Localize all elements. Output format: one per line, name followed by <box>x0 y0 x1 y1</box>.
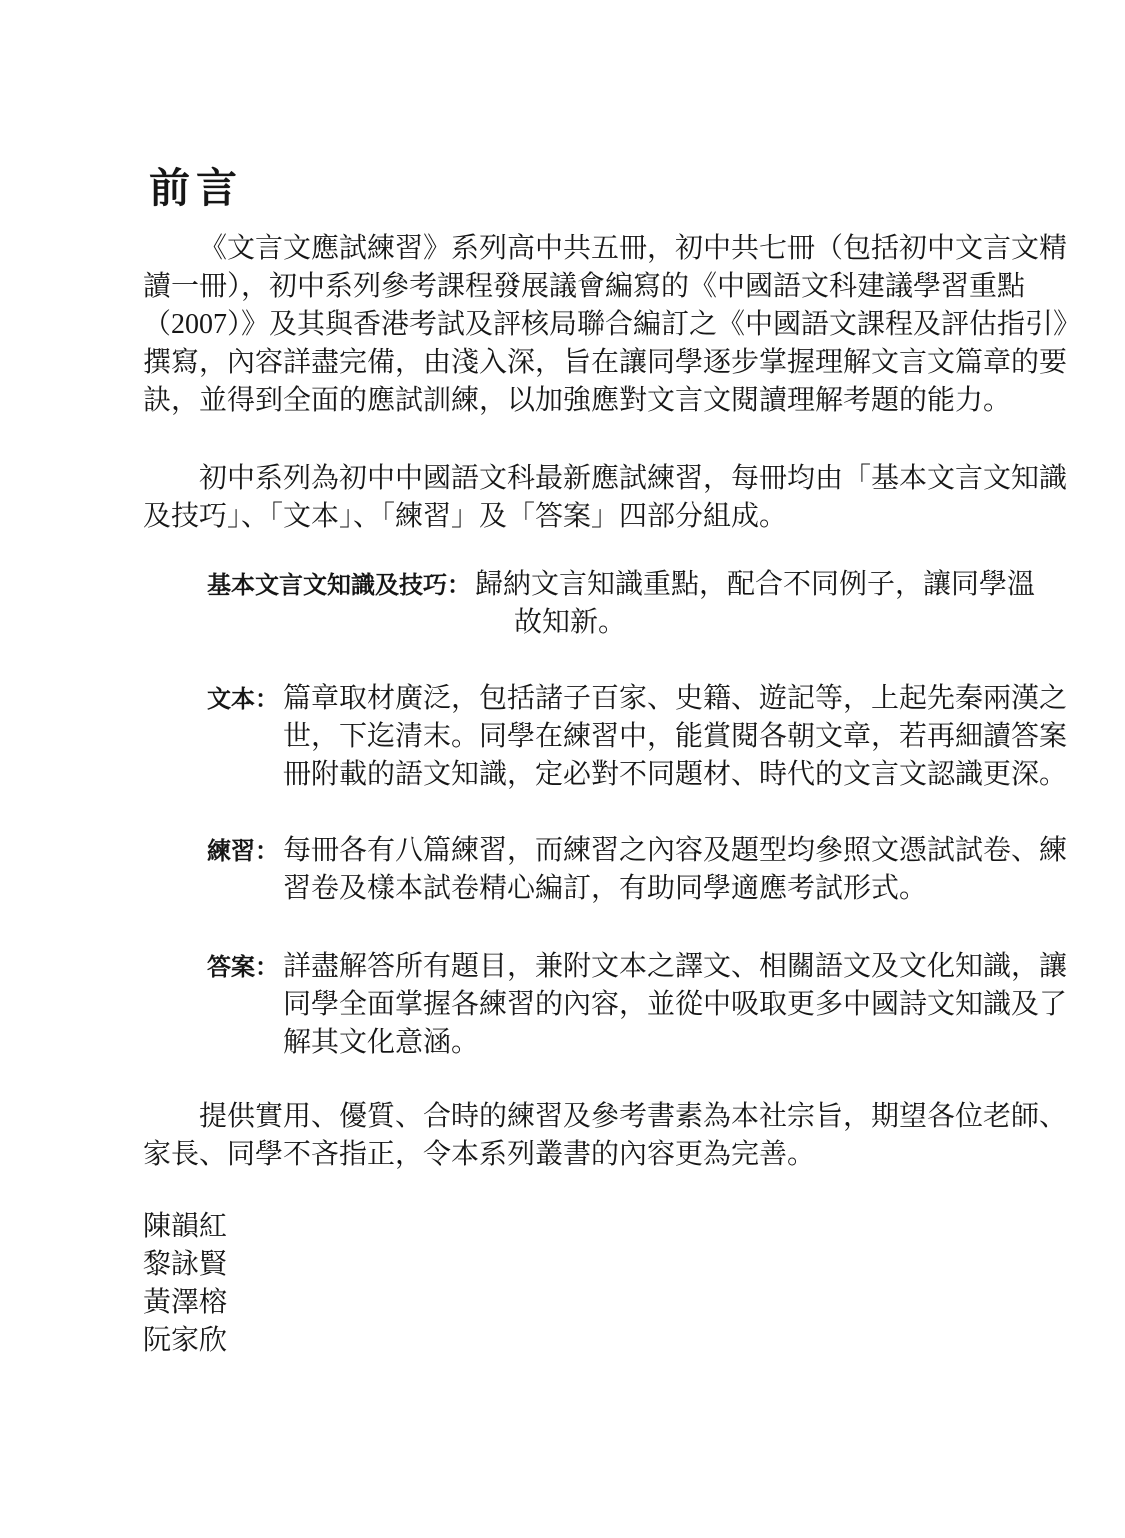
text-line: 詳盡解答所有題目，兼附文本之譯文、相關語文及文化知識，讓 <box>283 948 1067 986</box>
author-list: 陳韻紅 黎詠賢 黃澤榕 阮家欣 <box>143 1208 995 1360</box>
section-knowledge-body: 歸納文言知識重點，配合不同例子，讓同學溫 故知新。 <box>475 566 1035 642</box>
text-line: 讀一冊），初中系列參考課程發展議會編寫的《中國語文科建議學習重點 <box>143 268 995 306</box>
text-line: 《文言文應試練習》系列高中共五冊，初中共七冊（包括初中文言文精 <box>143 230 995 268</box>
text-line: 家長、同學不吝指正，令本系列叢書的內容更為完善。 <box>143 1136 995 1174</box>
section-answers-body: 詳盡解答所有題目，兼附文本之譯文、相關語文及文化知識，讓 同學全面掌握各練習的內… <box>283 948 1067 1062</box>
text-line: 每冊各有八篇練習，而練習之內容及題型均參照文憑試試卷、練 <box>283 832 1067 870</box>
intro-paragraph: 《文言文應試練習》系列高中共五冊，初中共七冊（包括初中文言文精 讀一冊），初中系… <box>143 230 995 420</box>
section-exercises-heading: 練習： <box>207 832 283 870</box>
text-line: 同學全面掌握各練習的內容，並從中吸取更多中國詩文知識及了 <box>283 986 1067 1024</box>
text-line: 習卷及樣本試卷精心編訂，有助同學適應考試形式。 <box>283 870 1067 908</box>
page-title: 前言 <box>149 160 995 216</box>
section-texts-body: 篇章取材廣泛，包括諸子百家、史籍、遊記等，上起先秦兩漢之 世，下迄清末。同學在練… <box>283 680 1067 794</box>
section-texts: 文本： 篇章取材廣泛，包括諸子百家、史籍、遊記等，上起先秦兩漢之 世，下迄清末。… <box>207 680 995 794</box>
author-name: 黎詠賢 <box>143 1246 995 1284</box>
author-name: 黃澤榕 <box>143 1284 995 1322</box>
section-exercises-body: 每冊各有八篇練習，而練習之內容及題型均參照文憑試試卷、練 習卷及樣本試卷精心編訂… <box>283 832 1067 908</box>
section-answers-heading: 答案： <box>207 948 283 986</box>
section-answers: 答案： 詳盡解答所有題目，兼附文本之譯文、相關語文及文化知識，讓 同學全面掌握各… <box>207 948 995 1062</box>
text-line: 訣，並得到全面的應試訓練，以加強應對文言文閱讀理解考題的能力。 <box>143 382 995 420</box>
text-line: 歸納文言知識重點，配合不同例子，讓同學溫 <box>475 566 1035 604</box>
author-name: 阮家欣 <box>143 1322 995 1360</box>
section-knowledge: 基本文言文知識及技巧： 歸納文言知識重點，配合不同例子，讓同學溫 故知新。 <box>207 566 995 642</box>
text-line: 冊附載的語文知識，定必對不同題材、時代的文言文認識更深。 <box>283 756 1067 794</box>
text-line: 撰寫，內容詳盡完備，由淺入深，旨在讓同學逐步掌握理解文言文篇章的要 <box>143 344 995 382</box>
text-line: 篇章取材廣泛，包括諸子百家、史籍、遊記等，上起先秦兩漢之 <box>283 680 1067 718</box>
text-line: 解其文化意涵。 <box>283 1024 1067 1062</box>
text-line: 提供實用、優質、合時的練習及參考書素為本社宗旨，期望各位老師、 <box>143 1098 995 1136</box>
section-texts-heading: 文本： <box>207 680 283 718</box>
author-name: 陳韻紅 <box>143 1208 995 1246</box>
section-knowledge-heading: 基本文言文知識及技巧： <box>207 566 475 604</box>
text-line: 世，下迄清末。同學在練習中，能賞閱各朝文章，若再細讀答案 <box>283 718 1067 756</box>
text-line: 及技巧」、「文本」、「練習」及「答案」四部分組成。 <box>143 498 995 536</box>
text-line: 故知新。 <box>514 604 1035 642</box>
series-paragraph: 初中系列為初中中國語文科最新應試練習，每冊均由「基本文言文知識 及技巧」、「文本… <box>143 460 995 536</box>
preface-page: 前言 《文言文應試練習》系列高中共五冊，初中共七冊（包括初中文言文精 讀一冊），… <box>0 0 1125 1538</box>
text-line: （2007）》及其與香港考試及評核局聯合編訂之《中國語文課程及評估指引》 <box>143 306 995 344</box>
closing-paragraph: 提供實用、優質、合時的練習及參考書素為本社宗旨，期望各位老師、 家長、同學不吝指… <box>143 1098 995 1174</box>
section-exercises: 練習： 每冊各有八篇練習，而練習之內容及題型均參照文憑試試卷、練 習卷及樣本試卷… <box>207 832 995 908</box>
text-line: 初中系列為初中中國語文科最新應試練習，每冊均由「基本文言文知識 <box>143 460 995 498</box>
